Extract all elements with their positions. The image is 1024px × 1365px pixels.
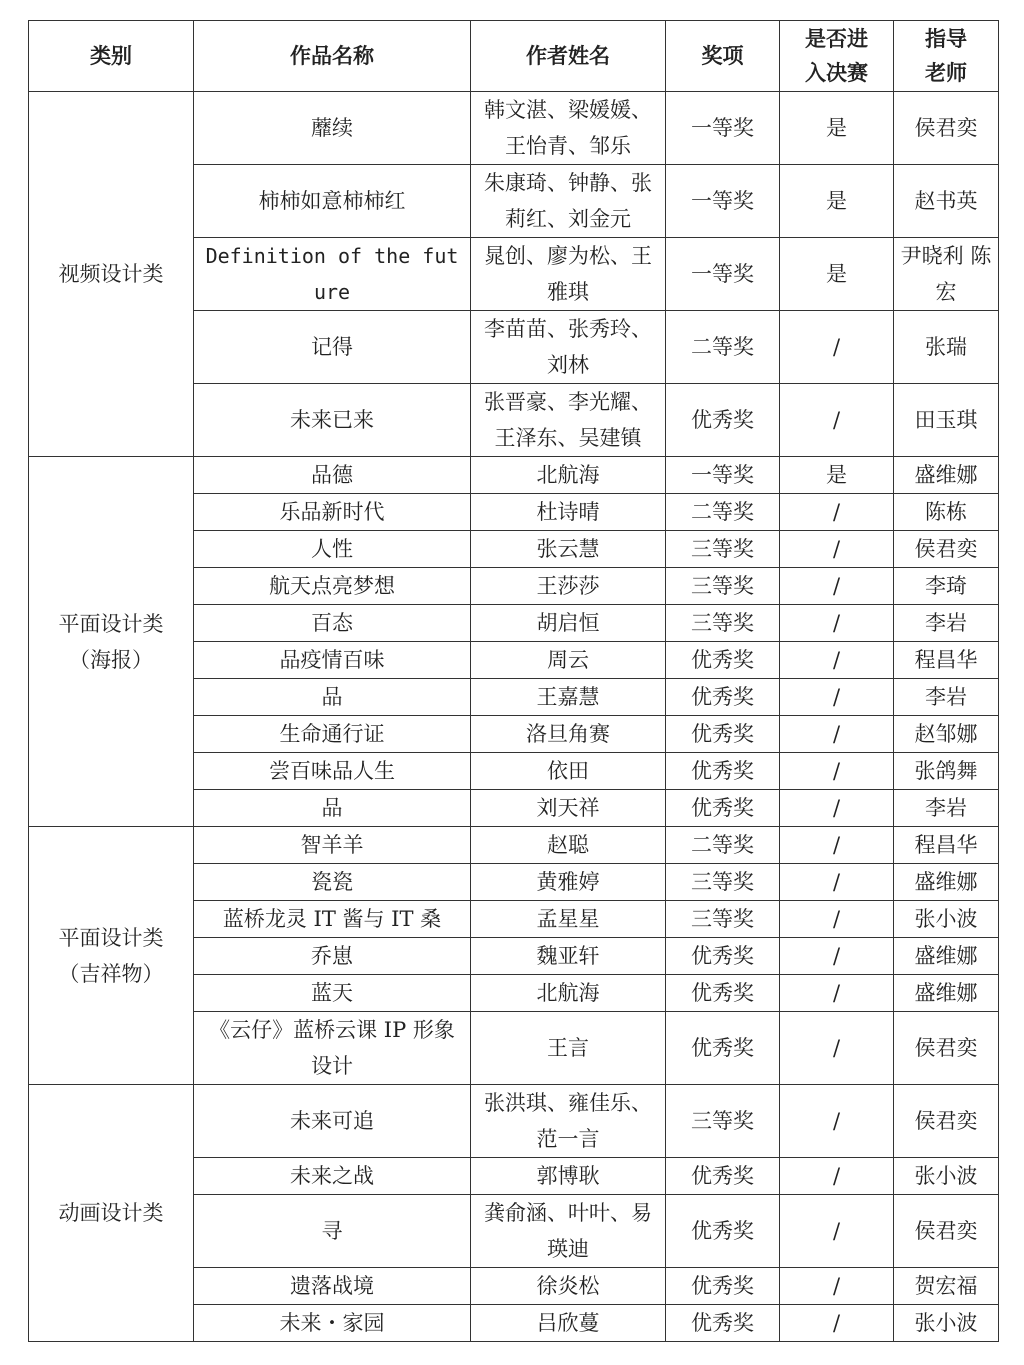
advisor-cell: 田玉琪 bbox=[894, 384, 999, 457]
finalist-cell: / bbox=[780, 384, 894, 457]
work-title-cell: 蓝天 bbox=[194, 975, 471, 1012]
finalist-cell: 是 bbox=[780, 457, 894, 494]
advisor-cell: 侯君奕 bbox=[894, 1085, 999, 1158]
award-cell: 优秀奖 bbox=[666, 642, 780, 679]
work-title-cell: 品 bbox=[194, 679, 471, 716]
category-label: 平面设计类 bbox=[59, 612, 164, 636]
header-work-title: 作品名称 bbox=[194, 21, 471, 92]
authors-cell: 晁创、廖为松、王雅琪 bbox=[471, 238, 666, 311]
award-cell: 一等奖 bbox=[666, 92, 780, 165]
work-title-cell: 未来已来 bbox=[194, 384, 471, 457]
work-title-cell: 未来・家园 bbox=[194, 1305, 471, 1342]
advisor-cell: 张小波 bbox=[894, 1158, 999, 1195]
advisor-cell: 程昌华 bbox=[894, 642, 999, 679]
advisor-cell: 张小波 bbox=[894, 1305, 999, 1342]
finalist-cell: 是 bbox=[780, 165, 894, 238]
advisor-cell: 贺宏福 bbox=[894, 1268, 999, 1305]
work-title-cell: 航天点亮梦想 bbox=[194, 568, 471, 605]
advisor-cell: 侯君奕 bbox=[894, 1012, 999, 1085]
header-advisor-line1: 指导 bbox=[925, 27, 967, 51]
award-cell: 三等奖 bbox=[666, 531, 780, 568]
header-award: 奖项 bbox=[666, 21, 780, 92]
header-finalist-line2: 入决赛 bbox=[805, 61, 868, 85]
authors-cell: 北航海 bbox=[471, 457, 666, 494]
work-title-cell: 智羊羊 bbox=[194, 827, 471, 864]
award-cell: 二等奖 bbox=[666, 494, 780, 531]
work-title-cell: 寻 bbox=[194, 1195, 471, 1268]
advisor-cell: 盛维娜 bbox=[894, 457, 999, 494]
award-cell: 优秀奖 bbox=[666, 1195, 780, 1268]
work-title-cell: 未来可追 bbox=[194, 1085, 471, 1158]
work-title-cell: 《云仔》蓝桥云课 IP 形象设计 bbox=[194, 1012, 471, 1085]
category-cell: 平面设计类（海报） bbox=[29, 457, 194, 827]
advisor-cell: 李琦 bbox=[894, 568, 999, 605]
authors-cell: 周云 bbox=[471, 642, 666, 679]
authors-cell: 杜诗晴 bbox=[471, 494, 666, 531]
work-title-cell: 尝百味品人生 bbox=[194, 753, 471, 790]
authors-cell: 胡启恒 bbox=[471, 605, 666, 642]
award-cell: 优秀奖 bbox=[666, 1158, 780, 1195]
finalist-cell: / bbox=[780, 1268, 894, 1305]
header-row: 类别 作品名称 作者姓名 奖项 是否进入决赛 指导老师 bbox=[29, 21, 999, 92]
award-cell: 优秀奖 bbox=[666, 716, 780, 753]
work-title-cell: 乔崽 bbox=[194, 938, 471, 975]
authors-cell: 韩文湛、梁媛媛、王怡青、邹乐 bbox=[471, 92, 666, 165]
work-title-cell: 瓷瓷 bbox=[194, 864, 471, 901]
award-cell: 三等奖 bbox=[666, 568, 780, 605]
work-title-cell: 品德 bbox=[194, 457, 471, 494]
finalist-cell: / bbox=[780, 642, 894, 679]
finalist-cell: / bbox=[780, 1195, 894, 1268]
finalist-cell: / bbox=[780, 494, 894, 531]
category-cell: 视频设计类 bbox=[29, 92, 194, 457]
work-title-cell: 记得 bbox=[194, 311, 471, 384]
authors-cell: 赵聪 bbox=[471, 827, 666, 864]
advisor-cell: 陈栋 bbox=[894, 494, 999, 531]
category-sublabel: （海报） bbox=[69, 648, 153, 672]
authors-cell: 洛旦角赛 bbox=[471, 716, 666, 753]
finalist-cell: / bbox=[780, 568, 894, 605]
advisor-cell: 李岩 bbox=[894, 605, 999, 642]
finalist-cell: / bbox=[780, 605, 894, 642]
advisor-cell: 赵邹娜 bbox=[894, 716, 999, 753]
authors-cell: 朱康琦、钟静、张莉红、刘金元 bbox=[471, 165, 666, 238]
finalist-cell: / bbox=[780, 716, 894, 753]
award-cell: 优秀奖 bbox=[666, 753, 780, 790]
category-label: 视频设计类 bbox=[59, 262, 164, 286]
table-row: 平面设计类（海报） 品德 北航海 一等奖 是 盛维娜 bbox=[29, 457, 999, 494]
authors-cell: 郭博耿 bbox=[471, 1158, 666, 1195]
authors-cell: 孟星星 bbox=[471, 901, 666, 938]
header-finalist-line1: 是否进 bbox=[805, 27, 868, 51]
advisor-cell: 程昌华 bbox=[894, 827, 999, 864]
finalist-cell: 是 bbox=[780, 238, 894, 311]
award-cell: 一等奖 bbox=[666, 238, 780, 311]
award-cell: 三等奖 bbox=[666, 1085, 780, 1158]
award-cell: 优秀奖 bbox=[666, 975, 780, 1012]
work-title-cell: 蘼续 bbox=[194, 92, 471, 165]
award-cell: 优秀奖 bbox=[666, 790, 780, 827]
finalist-cell: 是 bbox=[780, 92, 894, 165]
category-sublabel: （吉祥物） bbox=[59, 962, 164, 986]
authors-cell: 吕欣蔓 bbox=[471, 1305, 666, 1342]
finalist-cell: / bbox=[780, 938, 894, 975]
work-title-cell: 柿柿如意柿柿红 bbox=[194, 165, 471, 238]
authors-cell: 张云慧 bbox=[471, 531, 666, 568]
advisor-cell: 侯君奕 bbox=[894, 531, 999, 568]
award-cell: 三等奖 bbox=[666, 901, 780, 938]
work-title-cell: 遗落战境 bbox=[194, 1268, 471, 1305]
award-cell: 优秀奖 bbox=[666, 1012, 780, 1085]
work-title-cell: 百态 bbox=[194, 605, 471, 642]
advisor-cell: 赵书英 bbox=[894, 165, 999, 238]
award-cell: 一等奖 bbox=[666, 165, 780, 238]
category-label: 动画设计类 bbox=[59, 1201, 164, 1225]
finalist-cell: / bbox=[780, 1012, 894, 1085]
authors-cell: 刘天祥 bbox=[471, 790, 666, 827]
authors-cell: 王嘉慧 bbox=[471, 679, 666, 716]
authors-cell: 张洪琪、雍佳乐、范一言 bbox=[471, 1085, 666, 1158]
finalist-cell: / bbox=[780, 790, 894, 827]
award-cell: 一等奖 bbox=[666, 457, 780, 494]
work-title-cell: Definition of the future bbox=[194, 238, 471, 311]
finalist-cell: / bbox=[780, 679, 894, 716]
work-title-cell: 乐品新时代 bbox=[194, 494, 471, 531]
category-cell: 动画设计类 bbox=[29, 1085, 194, 1342]
advisor-cell: 张瑞 bbox=[894, 311, 999, 384]
category-cell: 平面设计类（吉祥物） bbox=[29, 827, 194, 1085]
work-title-cell: 蓝桥龙灵 IT 酱与 IT 桑 bbox=[194, 901, 471, 938]
finalist-cell: / bbox=[780, 827, 894, 864]
authors-cell: 王莎莎 bbox=[471, 568, 666, 605]
header-category: 类别 bbox=[29, 21, 194, 92]
advisor-cell: 张小波 bbox=[894, 901, 999, 938]
finalist-cell: / bbox=[780, 975, 894, 1012]
award-cell: 优秀奖 bbox=[666, 1268, 780, 1305]
table-row: 视频设计类 蘼续 韩文湛、梁媛媛、王怡青、邹乐 一等奖 是 侯君奕 bbox=[29, 92, 999, 165]
advisor-cell: 盛维娜 bbox=[894, 864, 999, 901]
advisor-cell: 侯君奕 bbox=[894, 1195, 999, 1268]
advisor-cell: 侯君奕 bbox=[894, 92, 999, 165]
finalist-cell: / bbox=[780, 1305, 894, 1342]
award-cell: 二等奖 bbox=[666, 827, 780, 864]
category-label: 平面设计类 bbox=[59, 926, 164, 950]
header-finalist: 是否进入决赛 bbox=[780, 21, 894, 92]
authors-cell: 张晋豪、李光耀、王泽东、吴建镇 bbox=[471, 384, 666, 457]
finalist-cell: / bbox=[780, 531, 894, 568]
header-advisor: 指导老师 bbox=[894, 21, 999, 92]
authors-cell: 北航海 bbox=[471, 975, 666, 1012]
authors-cell: 李苗苗、张秀玲、刘林 bbox=[471, 311, 666, 384]
advisor-cell: 盛维娜 bbox=[894, 938, 999, 975]
authors-cell: 龚俞涵、叶叶、易瑛迪 bbox=[471, 1195, 666, 1268]
authors-cell: 王言 bbox=[471, 1012, 666, 1085]
work-title-cell: 未来之战 bbox=[194, 1158, 471, 1195]
award-cell: 优秀奖 bbox=[666, 384, 780, 457]
header-authors: 作者姓名 bbox=[471, 21, 666, 92]
award-cell: 三等奖 bbox=[666, 605, 780, 642]
award-cell: 优秀奖 bbox=[666, 679, 780, 716]
finalist-cell: / bbox=[780, 753, 894, 790]
table-row: 动画设计类 未来可追 张洪琪、雍佳乐、范一言 三等奖 / 侯君奕 bbox=[29, 1085, 999, 1158]
finalist-cell: / bbox=[780, 1158, 894, 1195]
advisor-cell: 李岩 bbox=[894, 790, 999, 827]
finalist-cell: / bbox=[780, 901, 894, 938]
work-title-cell: 品 bbox=[194, 790, 471, 827]
advisor-cell: 尹晓利 陈宏 bbox=[894, 238, 999, 311]
award-cell: 二等奖 bbox=[666, 311, 780, 384]
authors-cell: 黄雅婷 bbox=[471, 864, 666, 901]
awards-table: 类别 作品名称 作者姓名 奖项 是否进入决赛 指导老师 视频设计类 蘼续 韩文湛… bbox=[28, 20, 999, 1342]
header-advisor-line2: 老师 bbox=[925, 61, 967, 85]
advisor-cell: 李岩 bbox=[894, 679, 999, 716]
advisor-cell: 盛维娜 bbox=[894, 975, 999, 1012]
finalist-cell: / bbox=[780, 1085, 894, 1158]
authors-cell: 魏亚轩 bbox=[471, 938, 666, 975]
award-cell: 三等奖 bbox=[666, 864, 780, 901]
finalist-cell: / bbox=[780, 311, 894, 384]
table-row: 平面设计类（吉祥物） 智羊羊 赵聪 二等奖 / 程昌华 bbox=[29, 827, 999, 864]
authors-cell: 徐炎松 bbox=[471, 1268, 666, 1305]
work-title-cell: 人性 bbox=[194, 531, 471, 568]
award-cell: 优秀奖 bbox=[666, 1305, 780, 1342]
authors-cell: 依田 bbox=[471, 753, 666, 790]
work-title-cell: 品疫情百味 bbox=[194, 642, 471, 679]
advisor-cell: 张鸽舞 bbox=[894, 753, 999, 790]
award-cell: 优秀奖 bbox=[666, 938, 780, 975]
work-title-cell: 生命通行证 bbox=[194, 716, 471, 753]
finalist-cell: / bbox=[780, 864, 894, 901]
